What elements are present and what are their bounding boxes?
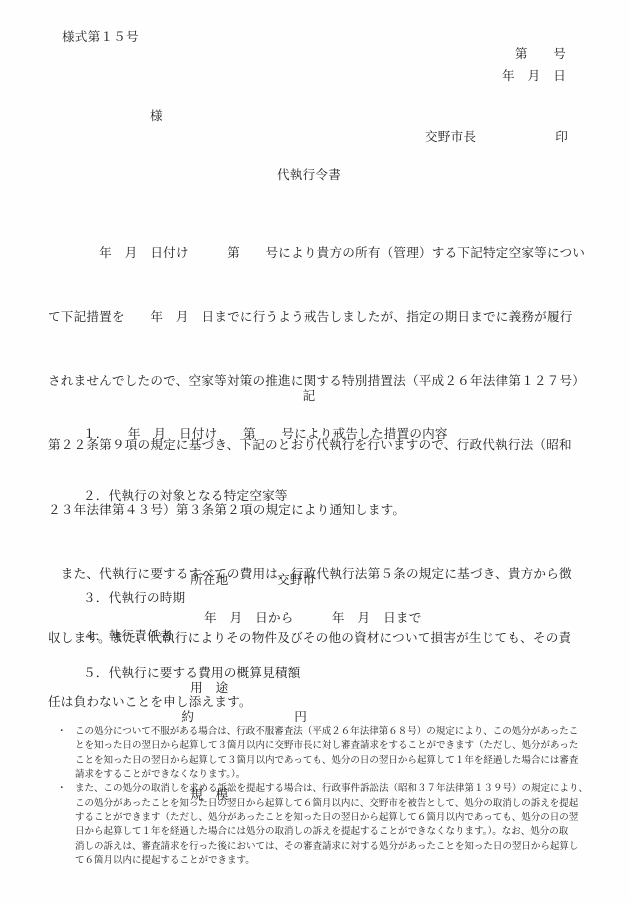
date-blank: 年 月 日 <box>502 66 566 87</box>
section-marker-ki: 記 <box>0 386 618 407</box>
item-3-period-blank: 年 月 日から 年 月 日まで <box>204 608 422 629</box>
issuer-row: 交野市長 印 <box>425 127 568 148</box>
body-line: 年 月 日付け 第 号により貴方の所有（管理）する下記特定空家等につい <box>48 243 585 264</box>
item-5-heading: ５．代執行に要する費用の概算見積額 <box>83 663 301 684</box>
item-4-heading: ４．執行責任者 <box>83 626 173 647</box>
bullet-icon: ・ <box>57 725 71 739</box>
seal-mark: 印 <box>555 127 568 148</box>
note-line: することができます（ただし、処分があったことを知った日の翌日から起算して６箇月以… <box>75 811 590 825</box>
form-number: 様式第１５号 <box>62 27 139 48</box>
item-2-heading: ２．代執行の対象となる特定空家等 <box>83 486 288 507</box>
field-location: 所在地交野市 <box>170 549 315 614</box>
item-1-warned-measures: １． 年 月 日付け 第 号により戒告した措置の内容 <box>83 424 448 445</box>
note-review-request: ・ この処分について不服がある場合は、行政不服審査法（平成２６年法律第６８号）の… <box>57 725 590 782</box>
note-line: この処分があったことを知った日の翌日から起算して６箇月以内に、交野市を被告として… <box>75 797 590 811</box>
note-line: また、この処分の取消しを求める訴訟を提起する場合は、行政事件訴訟法（昭和３７年法… <box>75 782 590 796</box>
amount-prefix: 約 <box>181 710 194 724</box>
bullet-icon: ・ <box>57 782 71 796</box>
field-location-value: 交野市 <box>277 573 315 587</box>
appeal-notes: ・ この処分について不服がある場合は、行政不服審査法（平成２６年法律第６８号）の… <box>57 725 590 868</box>
field-location-label: 所在地 <box>190 570 277 592</box>
note-line: 消しの訴えは、審査請求を行った後においては、その審査請求に対する処分があったこと… <box>75 840 590 854</box>
note-line: とを知った日の翌日から起算して３箇月以内に交野市長に対し審査請求をすることができ… <box>75 739 590 753</box>
note-line: ことを知った日の翌日から起算して３箇月以内であっても、処分の日の翌日から起算して… <box>75 754 590 768</box>
note-line: この処分について不服がある場合は、行政不服審査法（平成２６年法律第６８号）の規定… <box>75 725 590 739</box>
note-line: て６箇月以内に提起することができます。 <box>75 854 590 868</box>
amount-unit: 円 <box>294 710 307 724</box>
body-line: また、代執行に要するすべての費用は、行政代執行法第５条の規定に基づき、貴方から徴 <box>48 564 585 585</box>
doc-number-blank: 第 号 <box>515 44 566 65</box>
note-line: 請求をすることができなくなります。）。 <box>75 768 590 782</box>
document-page: 様式第１５号 第 号 年 月 日 様 交野市長 印 代執行令書 年 月 日付け … <box>0 0 630 903</box>
item-3-heading: ３．代執行の時期 <box>83 588 185 609</box>
document-title: 代執行令書 <box>0 165 618 186</box>
issuer-name: 交野市長 <box>425 127 476 148</box>
body-line: て下記措置を 年 月 日までに行うよう戒告しましたが、指定の期日までに義務が履行 <box>48 307 585 328</box>
body-line: 任は負わないことを申し添えます。 <box>48 692 585 713</box>
note-line: 日から起算して１年を経過した場合には処分の取消しの訴えを提起することができなくな… <box>75 825 590 839</box>
addressee-honorific: 様 <box>150 106 163 127</box>
note-revocation-suit: ・ また、この処分の取消しを求める訴訟を提起する場合は、行政事件訴訟法（昭和３７… <box>57 782 590 868</box>
